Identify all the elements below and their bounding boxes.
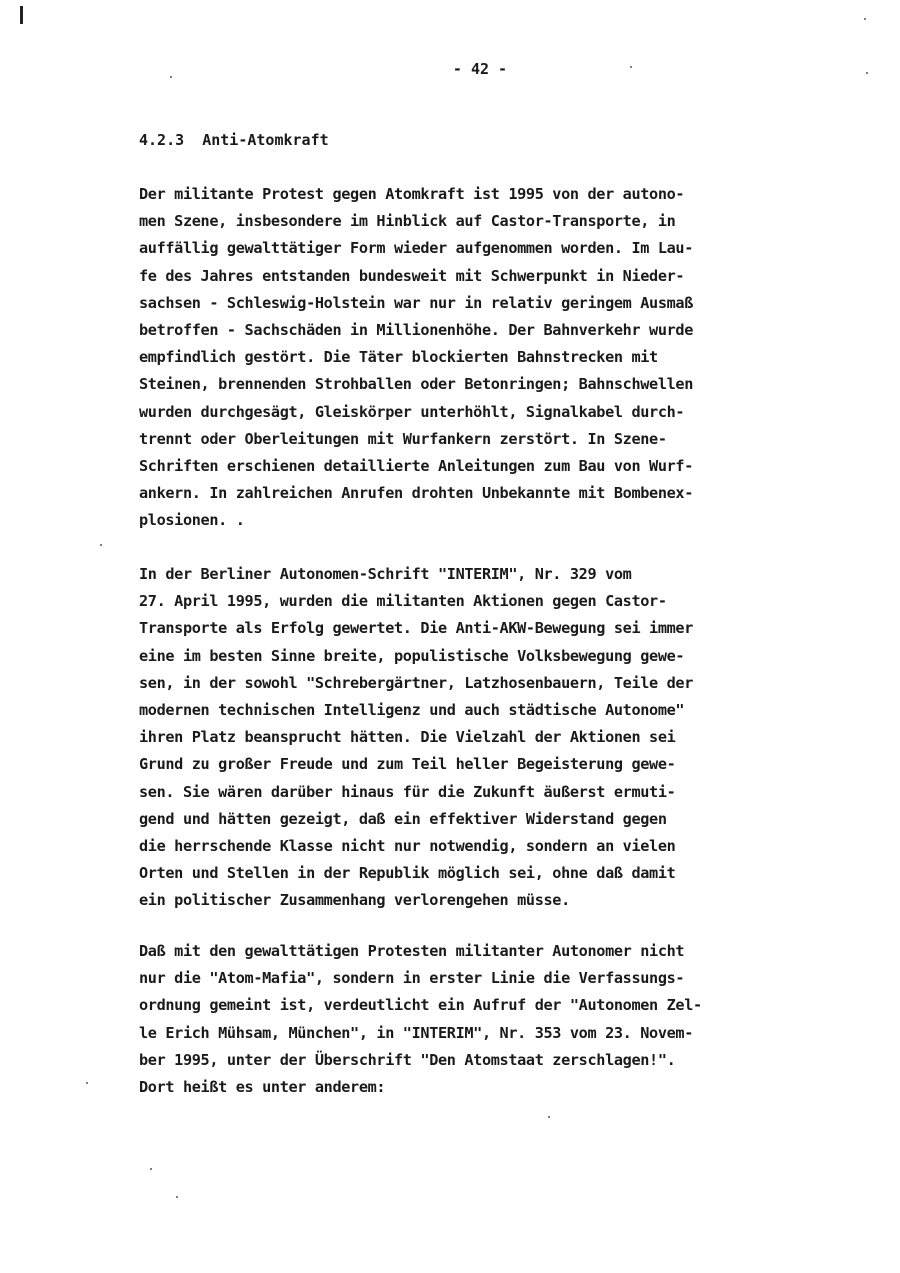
text-line: Dort heißt es unter anderem: — [139, 1074, 859, 1101]
text-line: eine im besten Sinne breite, populistisc… — [139, 643, 859, 670]
section-heading: 4.2.3 Anti-Atomkraft — [139, 131, 329, 149]
scan-speck — [150, 1168, 152, 1170]
section-title: Anti-Atomkraft — [202, 131, 328, 149]
text-line: 27. April 1995, wurden die militanten Ak… — [139, 588, 859, 615]
text-line: Steinen, brennenden Strohballen oder Bet… — [139, 371, 859, 398]
text-line: ein politischer Zusammenhang verlorengeh… — [139, 887, 859, 914]
text-line: wurden durchgesägt, Gleiskörper unterhöh… — [139, 399, 859, 426]
text-line: Orten und Stellen in der Republik möglic… — [139, 860, 859, 887]
text-line: Transporte als Erfolg gewertet. Die Anti… — [139, 615, 859, 642]
scan-speck — [86, 1082, 88, 1084]
text-line: Grund zu großer Freude und zum Teil hell… — [139, 751, 859, 778]
text-line: betroffen - Sachschäden in Millionenhöhe… — [139, 317, 859, 344]
paragraph-interim-353: Daß mit den gewalttätigen Protesten mili… — [139, 938, 859, 1101]
text-line: Daß mit den gewalttätigen Protesten mili… — [139, 938, 859, 965]
text-line: In der Berliner Autonomen-Schrift "INTER… — [139, 561, 859, 588]
text-line: ber 1995, unter der Überschrift "Den Ato… — [139, 1047, 859, 1074]
scan-speck — [548, 1116, 550, 1118]
text-line: le Erich Mühsam, München", in "INTERIM",… — [139, 1020, 859, 1047]
text-line: die herrschende Klasse nicht nur notwend… — [139, 833, 859, 860]
text-line: Der militante Protest gegen Atomkraft is… — [139, 181, 859, 208]
text-line: modernen technischen Intelligenz und auc… — [139, 697, 859, 724]
scan-speck — [864, 18, 866, 20]
text-line: nur die "Atom-Mafia", sondern in erster … — [139, 965, 859, 992]
text-line: sachsen - Schleswig-Holstein war nur in … — [139, 290, 859, 317]
scan-speck — [100, 544, 102, 546]
text-line: empfindlich gestört. Die Täter blockiert… — [139, 344, 859, 371]
paragraph-castor-protests: Der militante Protest gegen Atomkraft is… — [139, 181, 859, 534]
text-line: fe des Jahres entstanden bundesweit mit … — [139, 263, 859, 290]
text-line: Schriften erschienen detaillierte Anleit… — [139, 453, 859, 480]
text-line: men Szene, insbesondere im Hinblick auf … — [139, 208, 859, 235]
text-line: ankern. In zahlreichen Anrufen drohten U… — [139, 480, 859, 507]
text-line: auffällig gewalttätiger Form wieder aufg… — [139, 235, 859, 262]
text-line: sen. Sie wären darüber hinaus für die Zu… — [139, 779, 859, 806]
text-line: ordnung gemeint ist, verdeutlicht ein Au… — [139, 992, 859, 1019]
section-number: 4.2.3 — [139, 131, 184, 149]
text-line: ihren Platz beansprucht hätten. Die Viel… — [139, 724, 859, 751]
text-line: trennt oder Oberleitungen mit Wurfankern… — [139, 426, 859, 453]
scan-speck — [176, 1196, 178, 1198]
text-line: plosionen. . — [139, 507, 859, 534]
text-line: sen, in der sowohl "Schrebergärtner, Lat… — [139, 670, 859, 697]
paragraph-interim-329: In der Berliner Autonomen-Schrift "INTER… — [139, 561, 859, 914]
text-line: gend und hätten gezeigt, daß ein effekti… — [139, 806, 859, 833]
page-number: - 42 - — [0, 60, 900, 78]
scan-artifact-mark — [20, 6, 23, 24]
